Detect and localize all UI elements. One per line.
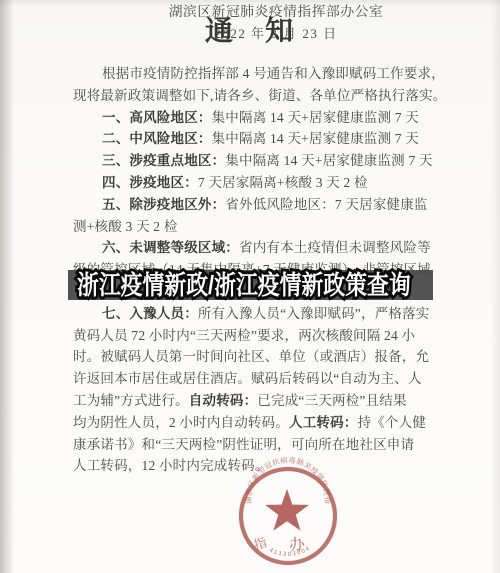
doc-line: 根据市疫情防控指挥部 4 号通告和入豫即赋码工作要求， xyxy=(73,63,435,85)
doc-line: 现将最新政策调整如下,请各乡、街道、各单位严格执行落实。 xyxy=(73,85,435,107)
doc-line: 三、涉疫重点地区：集中隔离 14 天+居家健康监测 7 天 xyxy=(73,150,435,172)
caption-text-fill: 浙江疫情新政/浙江疫情新政策查询 xyxy=(77,270,411,300)
document-photo: 通 知 根据市疫情防控指挥部 4 号通告和入豫即赋码工作要求，现将最新政策调整如… xyxy=(0,0,500,573)
doc-line: 康承诺书》和“三天两检”阴性证明，可向所在地社区申请 xyxy=(73,434,435,456)
doc-line: 五、除涉疫地区外：省外低风险地区：7 天居家健康监 xyxy=(73,194,435,216)
doc-line: 七、入豫人员：所有入豫人员“入豫即赋码”，严格落实 xyxy=(73,303,435,325)
doc-line: 一、高风险地区：集中隔离 14 天+居家健康监测 7 天 xyxy=(73,107,435,129)
doc-line: 四、涉疫地区：7 天居家隔离+核酸 3 天 2 检 xyxy=(73,172,435,194)
caption-text: 浙江疫情新政/浙江疫情新政策查询 浙江疫情新政/浙江疫情新政策查询 xyxy=(77,270,411,300)
doc-line: 二、中风险地区：集中隔离 14 天+居家健康监测 7 天 xyxy=(73,128,435,150)
signature-office: 湖滨区新冠肺炎疫情指挥部办公室 xyxy=(80,0,472,20)
doc-line: 测+核酸 3 天 2 检 xyxy=(73,216,435,238)
svg-text:湖滨区新型冠状病毒肺炎疫情防控指挥部: 湖滨区新型冠状病毒肺炎疫情防控指挥部 xyxy=(230,455,332,505)
photo-edge-shadow-left xyxy=(0,0,14,573)
doc-line: 时。被赋码人员第一时间向社区、单位（或酒店）报备，允 xyxy=(73,346,435,368)
doc-line: 均为阴性人员，2 小时内自动转码。人工转码：持《个人健 xyxy=(73,412,435,434)
doc-line: 黄码人员 72 小时内“三天两检”要求，两次核酸间隔 24 小 xyxy=(73,325,435,347)
doc-line: 许返回本市居住或居住酒店。赋码后转码以“自动为主、人 xyxy=(73,368,435,390)
photo-edge-shadow-right xyxy=(490,0,500,573)
seal-arc-text: 湖滨区新型冠状病毒肺炎疫情防控指挥部 xyxy=(230,455,332,505)
official-seal: 湖滨区新型冠状病毒肺炎疫情防控指挥部 指 办 411203004 xyxy=(230,455,346,573)
signature-date: 2022 年 3 月 23 日 xyxy=(80,23,472,42)
caption-band: 浙江疫情新政/浙江疫情新政策查询 浙江疫情新政/浙江疫情新政策查询 xyxy=(68,270,433,300)
doc-line: 工为辅”方式进行。自动转码：已完成“三天两检”且结果 xyxy=(73,390,435,412)
seal-star-icon xyxy=(265,489,309,531)
doc-line: 六、未调整等级区域：省内有本土疫情但未调整风险等 xyxy=(73,237,435,259)
